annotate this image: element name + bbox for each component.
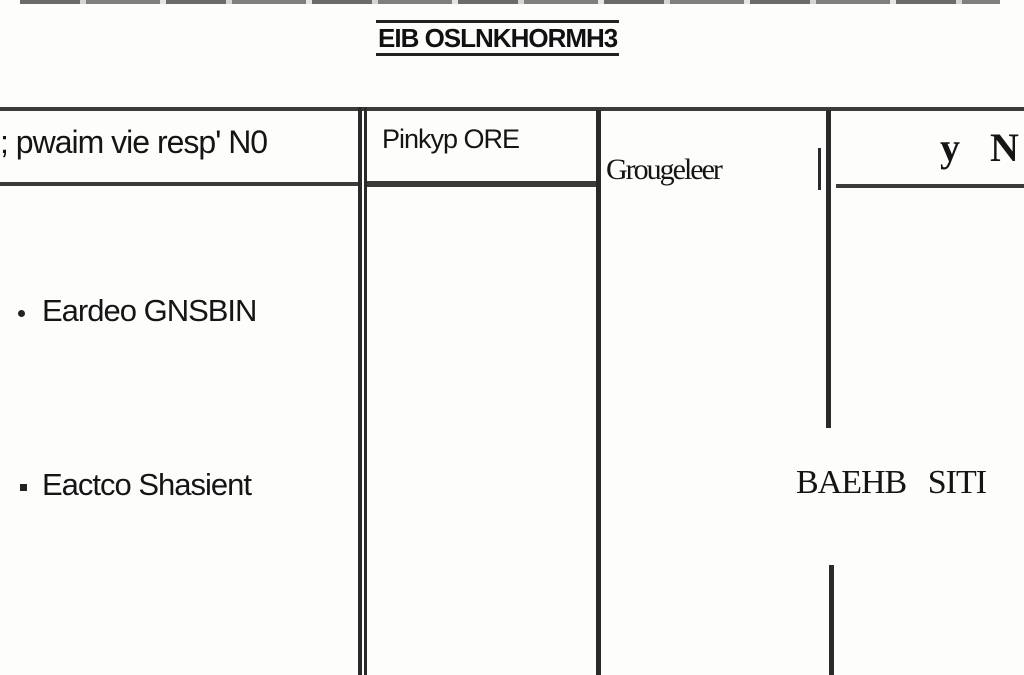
column-header-2: Pinkyp ORE [382,124,519,155]
row-1-label: Eardeo GNSBIN [42,293,256,329]
column-header-1: ; pwaim vie resp' N0 [0,124,267,161]
row-2-label: Eactco Shasient [42,467,251,503]
row-2-col4-value: BAEHB SITI [796,464,986,502]
column-divider-3-upper [826,110,831,428]
bullet-round-icon [18,310,25,317]
header-bottom-border-col2 [366,181,596,187]
column-divider-2 [596,110,601,675]
header-bottom-border-col1 [0,182,362,186]
header-box-right-edge [818,148,821,190]
column-divider-3-lower [829,565,834,675]
document-title: EIB OSLNKHORMH3 [376,20,619,56]
bullet-square-icon [20,484,27,491]
top-rule [20,0,1000,4]
column-divider-1b [364,107,367,675]
column-divider-1 [358,107,362,675]
header-bottom-border-col4 [836,184,1024,188]
column-header-3: Grougeleer [606,153,721,187]
table-top-border [0,107,1024,111]
column-header-4: y N [940,124,1019,171]
